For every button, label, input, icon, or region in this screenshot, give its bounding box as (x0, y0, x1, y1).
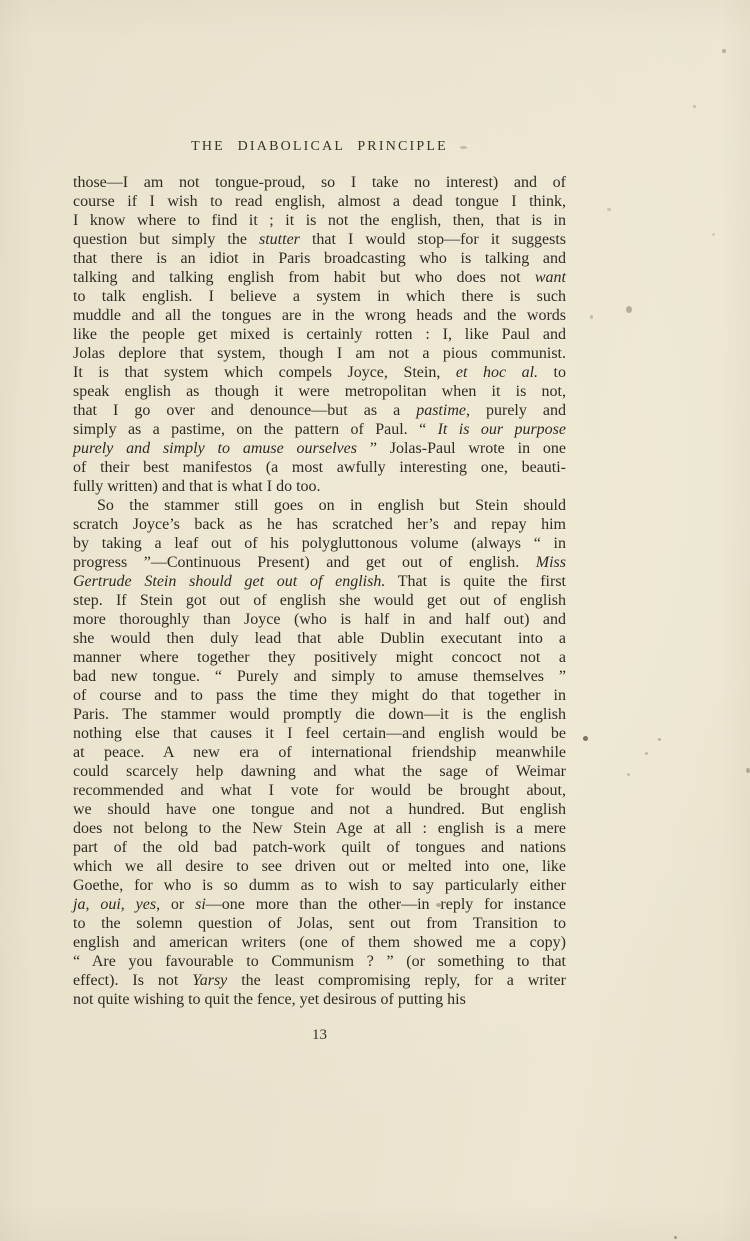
paragraph: So the stammer still goes on in english … (73, 496, 566, 1009)
text-line: english and american writers (one of the… (73, 933, 566, 952)
text-run: nothing else that causes it I feel certa… (73, 725, 566, 742)
text-run: of course and to pass the time they migh… (73, 687, 566, 704)
text-line: Gertrude Stein should get out of english… (73, 572, 566, 591)
text-run: That is quite the first (385, 573, 566, 590)
text-line: bad new tongue. “ Purely and simply to a… (73, 667, 566, 686)
text-run: muddle and all the tongues are in the wr… (73, 307, 566, 324)
text-run: progress ”—Continuous Present) and get o… (73, 554, 536, 571)
italic-text-run: Yarsy (192, 972, 227, 989)
text-line: I know where to find it ; it is not the … (73, 211, 566, 230)
text-run: I know where to find it ; it is not the … (73, 212, 566, 229)
text-line: It is that system which compels Joyce, S… (73, 363, 566, 382)
text-line: to the solemn question of Jolas, sent ou… (73, 914, 566, 933)
text-run: those—I am not tongue-proud, so I take n… (73, 174, 566, 191)
text-run: to talk english. I believe a system in w… (73, 288, 566, 305)
text-line: step. If Stein got out of english she wo… (73, 591, 566, 610)
text-line: that I go over and denounce—but as a pas… (73, 401, 566, 420)
italic-text-run: purely and simply to amuse ourselves (73, 440, 357, 457)
text-run: could scarcely help dawning and what the… (73, 763, 566, 780)
paper-speck (712, 233, 715, 236)
italic-text-run: ja (73, 896, 85, 913)
text-line: part of the old bad patch-work quilt of … (73, 838, 566, 857)
text-run: scratch Joyce’s back as he has scratched… (73, 516, 566, 533)
text-run: we should have one tongue and not a hund… (73, 801, 566, 818)
text-run: talking and talking english from habit b… (73, 269, 535, 286)
text-line: more thoroughly than Joyce (who is half … (73, 610, 566, 629)
italic-text-run: Miss (536, 554, 566, 571)
paper-speck (645, 752, 648, 755)
text-run: question but simply the (73, 231, 259, 248)
text-run: fully written) and that is what I do too… (73, 478, 321, 495)
text-line: not quite wishing to quit the fence, yet… (73, 990, 566, 1009)
text-line: Jolas deplore that system, though I am n… (73, 344, 566, 363)
text-run: to (538, 364, 566, 381)
paper-speck (626, 306, 632, 313)
text-run: at peace. A new era of international fri… (73, 744, 566, 761)
text-run: of their best manifestos (a most awfully… (73, 459, 566, 476)
text-line: talking and talking english from habit b… (73, 268, 566, 287)
italic-text-run: stutter (259, 231, 300, 248)
text-run: manner where together they positively mi… (73, 649, 566, 666)
text-run: that I would stop—for it suggests (300, 231, 566, 248)
paper-speck (627, 773, 630, 776)
text-line: effect). Is not Yarsy the least compromi… (73, 971, 566, 990)
italic-text-run: Gertrude Stein should get out of english… (73, 573, 385, 590)
text-run: does not belong to the New Stein Age at … (73, 820, 566, 837)
text-run: Paris. The stammer would promptly die do… (73, 706, 566, 723)
paper-speck (674, 1236, 677, 1239)
text-run: step. If Stein got out of english she wo… (73, 592, 566, 609)
text-run: effect). Is not (73, 972, 192, 989)
text-line: of course and to pass the time they migh… (73, 686, 566, 705)
text-run: part of the old bad patch-work quilt of … (73, 839, 566, 856)
text-line: like the people get mixed is certainly r… (73, 325, 566, 344)
italic-text-run: et hoc al. (456, 364, 538, 381)
text-run: simply as a pastime, on the pattern of P… (73, 421, 438, 438)
text-run: Jolas deplore that system, though I am n… (73, 345, 566, 362)
text-run: she would then duly lead that able Dubli… (73, 630, 566, 647)
text-line: fully written) and that is what I do too… (73, 477, 566, 496)
paragraph: those—I am not tongue-proud, so I take n… (73, 173, 566, 496)
text-run: that there is an idiot in Paris broadcas… (73, 250, 566, 267)
paper-speck (590, 315, 593, 319)
text-line: by taking a leaf out of his polygluttono… (73, 534, 566, 553)
italic-text-run: yes (136, 896, 156, 913)
page-number: 13 (73, 1027, 566, 1044)
running-title: THE DIABOLICAL PRINCIPLE (73, 139, 566, 155)
text-line: “ Are you favourable to Communism ? ” (o… (73, 952, 566, 971)
text-line: those—I am not tongue-proud, so I take n… (73, 173, 566, 192)
book-page: THE DIABOLICAL PRINCIPLE those—I am not … (0, 0, 750, 1241)
text-run: which we all desire to see driven out or… (73, 858, 566, 875)
paper-speck (607, 208, 611, 211)
text-run: , purely and (466, 402, 566, 419)
text-run: Goethe, for who is so dumm as to wish to… (73, 877, 566, 894)
text-line: she would then duly lead that able Dubli… (73, 629, 566, 648)
text-line: ja, oui, yes, or si—one more than the ot… (73, 895, 566, 914)
text-line: So the stammer still goes on in english … (73, 496, 566, 515)
text-line: to talk english. I believe a system in w… (73, 287, 566, 306)
text-line: simply as a pastime, on the pattern of P… (73, 420, 566, 439)
paper-speck (583, 736, 588, 741)
text-line: nothing else that causes it I feel certa… (73, 724, 566, 743)
text-run: , (85, 896, 100, 913)
text-run: So the stammer still goes on in english … (97, 497, 566, 514)
text-line: we should have one tongue and not a hund… (73, 800, 566, 819)
text-line: that there is an idiot in Paris broadcas… (73, 249, 566, 268)
text-run: by taking a leaf out of his polygluttono… (73, 535, 566, 552)
italic-text-run: It is our purpose (438, 421, 566, 438)
text-run: more thoroughly than Joyce (who is half … (73, 611, 566, 628)
text-line: does not belong to the New Stein Age at … (73, 819, 566, 838)
text-run: like the people get mixed is certainly r… (73, 326, 566, 343)
italic-text-run: oui (100, 896, 120, 913)
text-line: could scarcely help dawning and what the… (73, 762, 566, 781)
text-line: course if I wish to read english, almost… (73, 192, 566, 211)
text-run: the least compromising reply, for a writ… (227, 972, 566, 989)
text-run: It is that system which compels Joyce, S… (73, 364, 456, 381)
text-line: muddle and all the tongues are in the wr… (73, 306, 566, 325)
page-body: those—I am not tongue-proud, so I take n… (73, 173, 566, 1009)
text-run: —one more than the other—in reply for in… (206, 896, 566, 913)
paper-speck (746, 768, 750, 773)
text-run: english and american writers (one of the… (73, 934, 566, 951)
text-line: recommended and what I vote for would be… (73, 781, 566, 800)
text-line: which we all desire to see driven out or… (73, 857, 566, 876)
text-run: ” Jolas-Paul wrote in one (357, 440, 566, 457)
text-line: purely and simply to amuse ourselves ” J… (73, 439, 566, 458)
text-line: Goethe, for who is so dumm as to wish to… (73, 876, 566, 895)
text-run: to the solemn question of Jolas, sent ou… (73, 915, 566, 932)
text-run: “ Are you favourable to Communism ? ” (o… (73, 953, 566, 970)
text-line: speak english as though it were metropol… (73, 382, 566, 401)
italic-text-run: si (195, 896, 206, 913)
text-run: speak english as though it were metropol… (73, 383, 566, 400)
text-run: bad new tongue. “ Purely and simply to a… (73, 668, 566, 685)
text-line: manner where together they positively mi… (73, 648, 566, 667)
italic-text-run: want (535, 269, 566, 286)
text-line: at peace. A new era of international fri… (73, 743, 566, 762)
text-line: question but simply the stutter that I w… (73, 230, 566, 249)
text-run: not quite wishing to quit the fence, yet… (73, 991, 466, 1008)
text-line: Paris. The stammer would promptly die do… (73, 705, 566, 724)
paper-speck (658, 738, 661, 741)
text-run: , (121, 896, 136, 913)
text-line: scratch Joyce’s back as he has scratched… (73, 515, 566, 534)
italic-text-run: pastime (416, 402, 466, 419)
text-run: that I go over and denounce—but as a (73, 402, 416, 419)
text-line: of their best manifestos (a most awfully… (73, 458, 566, 477)
text-run: course if I wish to read english, almost… (73, 193, 566, 210)
text-run: , or (156, 896, 195, 913)
paper-speck (693, 105, 696, 108)
paper-speck (722, 49, 726, 53)
text-line: progress ”—Continuous Present) and get o… (73, 553, 566, 572)
text-run: recommended and what I vote for would be… (73, 782, 566, 799)
